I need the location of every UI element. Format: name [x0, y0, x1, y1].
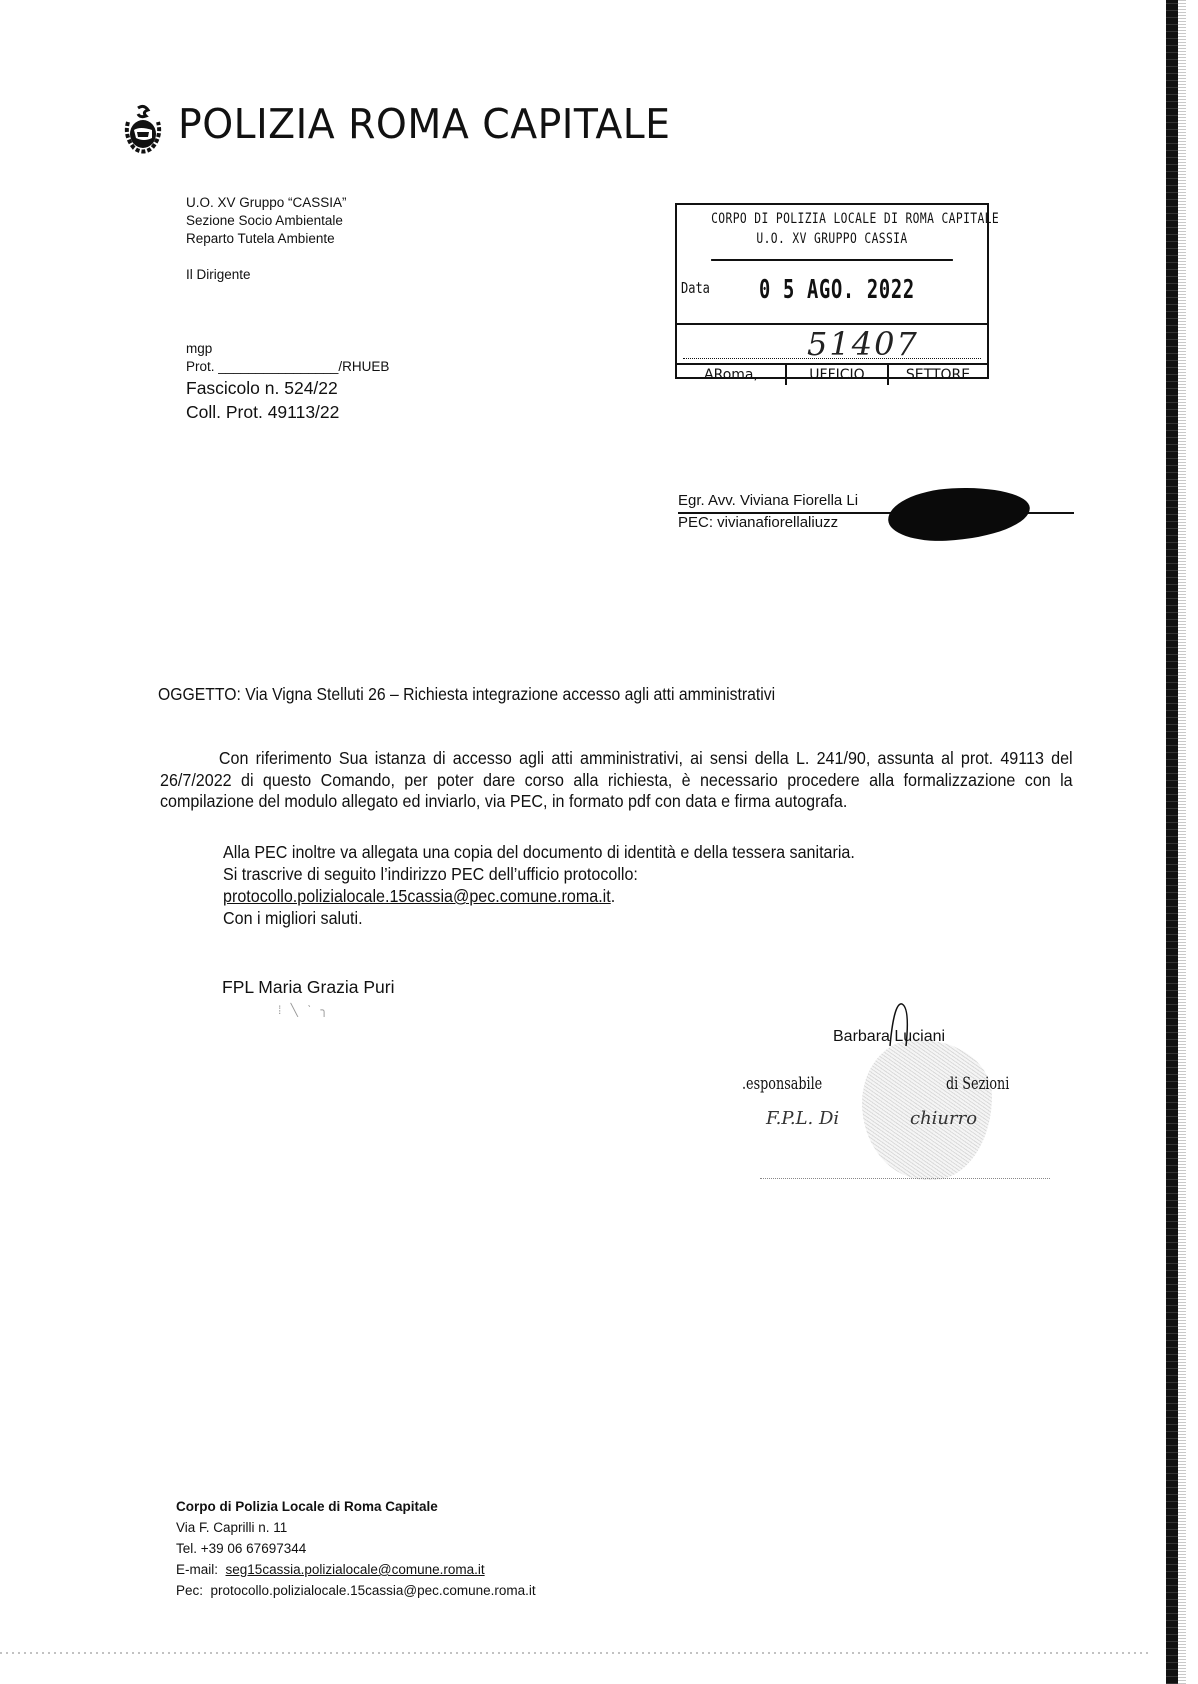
footer-pec: Pec: protocollo.polizialocale.15cassia@p…	[176, 1580, 536, 1601]
stamp-header-line2: U.O. XV GRUPPO CASSIA	[711, 229, 953, 249]
stamp-date-label: Data	[681, 279, 710, 297]
subject-line: OGGETTO: Via Vigna Stelluti 26 – Richies…	[158, 684, 775, 705]
recipient-pec: PEC: vivianafiorellaliuzz	[678, 514, 838, 531]
signatory-title-right: chiurro	[910, 1108, 977, 1129]
redaction-mark	[887, 484, 1032, 543]
stamp-columns: ARoma, UFFICIO SETTORE	[677, 365, 987, 385]
footer-pec-address: protocollo.polizialocale.15cassia@pec.co…	[211, 1583, 536, 1598]
stamp-number-row: 51407	[677, 325, 987, 365]
body-pec-address: protocollo.polizialocale.15cassia@pec.co…	[223, 886, 615, 907]
author-name: FPL Maria Grazia Puri	[222, 977, 394, 998]
signatory-name: Barbara Luciani	[833, 1028, 945, 1046]
stamp-col-sector: SETTORE	[889, 365, 987, 385]
pec-email-link[interactable]: protocollo.polizialocale.15cassia@pec.co…	[223, 886, 611, 906]
stamp-header-line1: CORPO DI POLIZIA LOCALE DI ROMA CAPITALE	[711, 209, 953, 229]
pec-link-suffix: .	[611, 886, 615, 906]
body-pec-intro: Si trascrive di seguito l’indirizzo PEC …	[223, 864, 638, 885]
recipient-name: Egr. Avv. Viviana Fiorella Li	[678, 492, 858, 509]
stamp-header: CORPO DI POLIZIA LOCALE DI ROMA CAPITALE…	[711, 205, 953, 261]
scan-edge-shadow	[1166, 0, 1178, 1684]
fascicolo-number: Fascicolo n. 524/22	[186, 378, 338, 399]
sender-initials: mgp	[186, 340, 212, 358]
sender-role: Il Dirigente	[186, 266, 251, 284]
body-attachment-note: Alla PEC inoltre va allegata una copia d…	[223, 842, 855, 863]
letterhead-title: POLIZIA ROMA CAPITALE	[178, 100, 671, 148]
footer-organization: Corpo di Polizia Locale di Roma Capitale	[176, 1496, 438, 1517]
signatory-role-right: di Sezioni	[946, 1074, 1009, 1094]
signatory-role-left: .esponsabile	[742, 1074, 822, 1094]
footer-email-link[interactable]: seg15cassia.polizialocale@comune.roma.it	[226, 1562, 485, 1577]
sender-department: Reparto Tutela Ambiente	[186, 230, 335, 248]
stamp-protocol-number: 51407	[807, 325, 919, 363]
sender-unit: U.O. XV Gruppo “CASSIA”	[186, 194, 347, 212]
footer-email-label: E-mail:	[176, 1562, 218, 1577]
signature-dotted-line	[760, 1178, 1050, 1179]
collateral-protocol: Coll. Prot. 49113/22	[186, 402, 339, 423]
sender-section: Sezione Socio Ambientale	[186, 212, 343, 230]
footer-email: E-mail: seg15cassia.polizialocale@comune…	[176, 1559, 485, 1580]
roma-capitale-crest-icon	[120, 102, 166, 156]
body-closing: Con i migliori saluti.	[223, 908, 363, 929]
signatory-title-left: F.P.L. Di	[766, 1108, 839, 1129]
body-paragraph: Con riferimento Sua istanza di accesso a…	[160, 748, 1073, 813]
stamp-date-row: Data 0 5 AGO. 2022	[677, 261, 987, 325]
footer-pec-label: Pec:	[176, 1583, 203, 1598]
author-initials-scribble: ⁞ ╲ ˋ ╮	[278, 1003, 331, 1017]
stamp-date-value: 0 5 AGO. 2022	[759, 275, 915, 305]
protocol-stamp: CORPO DI POLIZIA LOCALE DI ROMA CAPITALE…	[675, 203, 989, 379]
protocol-line: Prot. ________________/RHUEB	[186, 358, 389, 376]
stamp-col-area: ARoma,	[677, 365, 787, 385]
stamp-col-office: UFFICIO	[787, 365, 889, 385]
letter-body: Con riferimento Sua istanza di accesso a…	[160, 748, 1078, 813]
scan-bottom-noise	[0, 1652, 1150, 1654]
footer-phone: Tel. +39 06 67697344	[176, 1538, 306, 1559]
footer-address: Via F. Caprilli n. 11	[176, 1517, 287, 1538]
scan-edge-noise	[1178, 0, 1186, 1684]
